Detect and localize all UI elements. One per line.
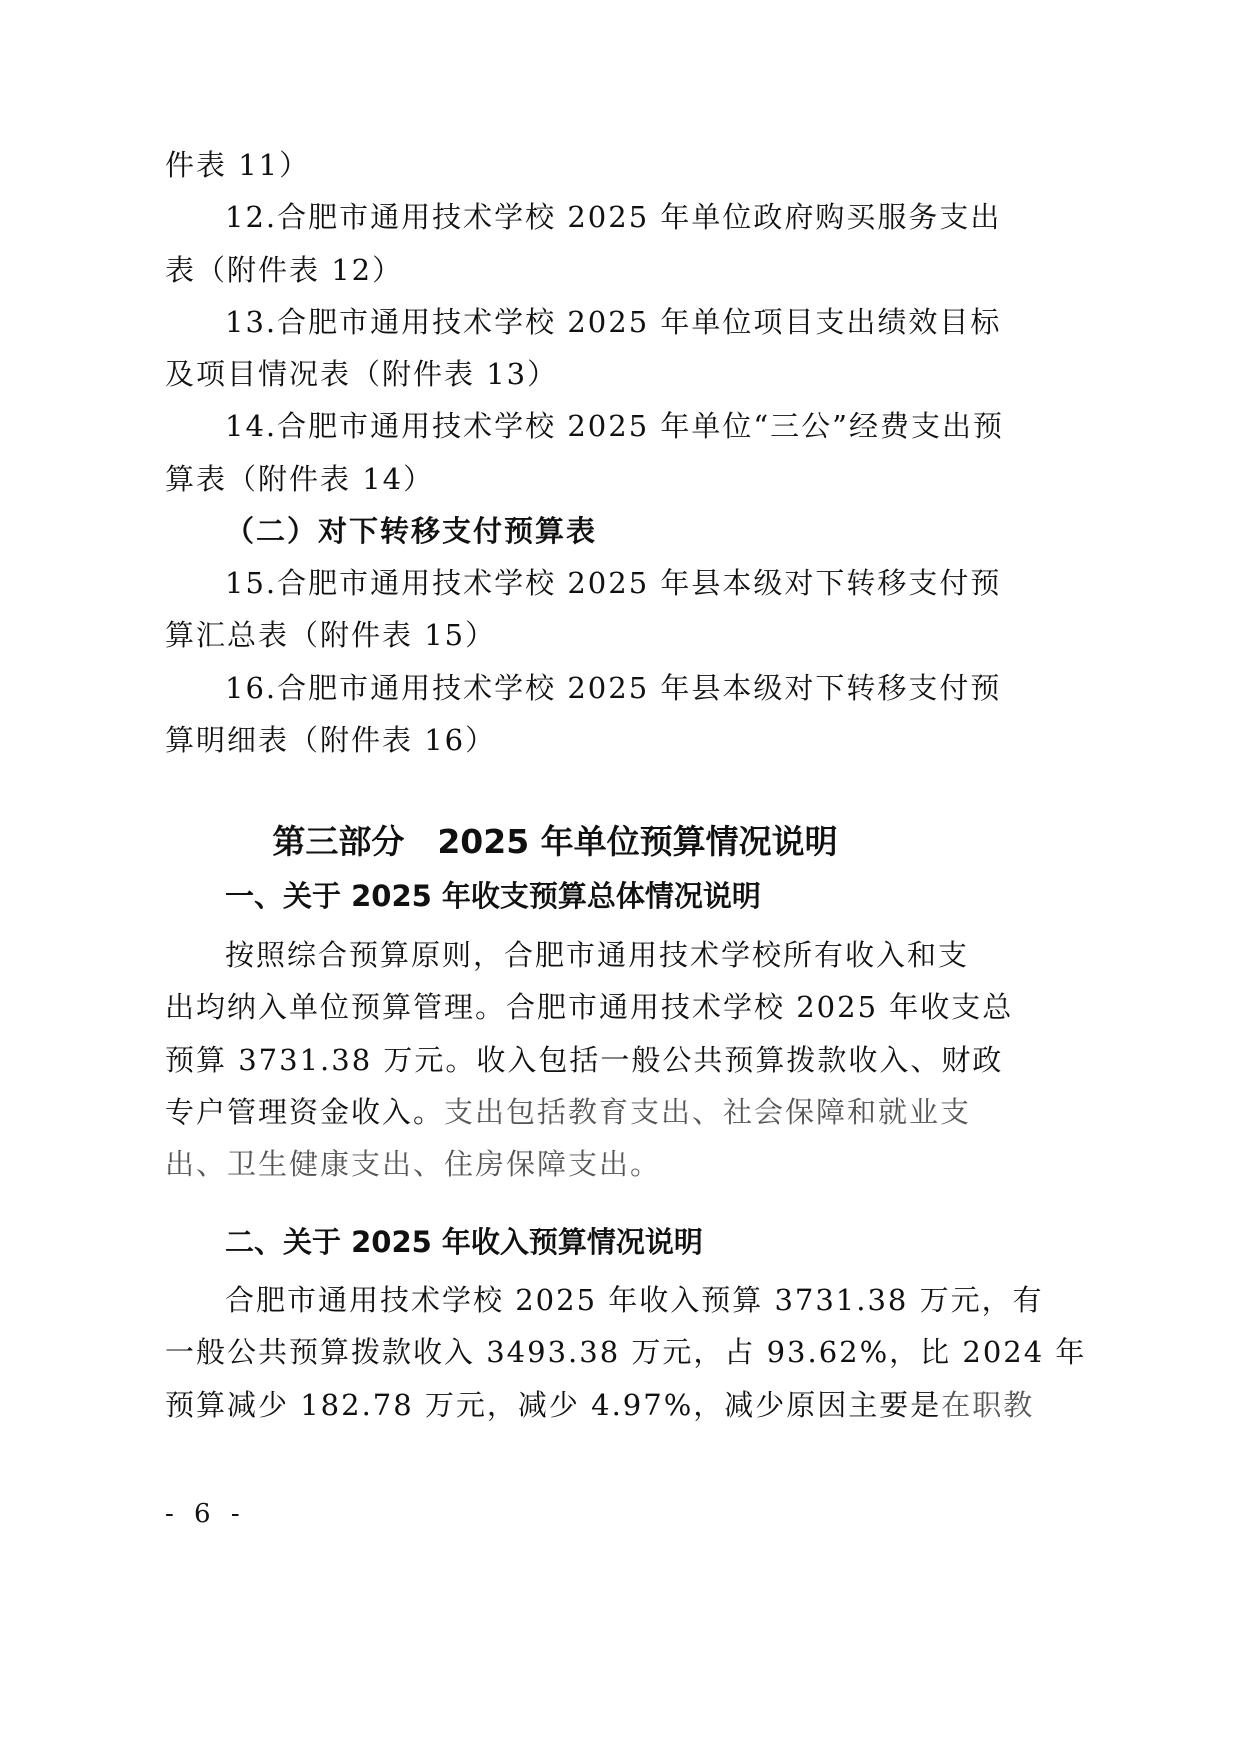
page-number: - 6 - (165, 1498, 246, 1530)
list-continuation-12: 表（附件表 12） (165, 250, 945, 290)
paragraph-line: 出均纳入单位预算管理。合肥市通用技术学校 2025 年收支总 (165, 987, 945, 1027)
paragraph-line: 预算减少 182.78 万元，减少 4.97%，减少原因主要是在职教 (165, 1385, 945, 1425)
list-continuation-14: 算表（附件表 14） (165, 459, 945, 499)
paragraph-line: 按照综合预算原则，合肥市通用技术学校所有收入和支 (225, 935, 945, 975)
list-continuation-15: 算汇总表（附件表 15） (165, 615, 945, 655)
list-item-14: 14.合肥市通用技术学校 2025 年单位“三公”经费支出预 (225, 406, 945, 446)
paragraph-line: 合肥市通用技术学校 2025 年收入预算 3731.38 万元，有 (225, 1280, 945, 1320)
list-continuation-11: 件表 11） (165, 145, 945, 185)
list-item-12: 12.合肥市通用技术学校 2025 年单位政府购买服务支出 (225, 197, 945, 237)
paragraph-line: 预算 3731.38 万元。收入包括一般公共预算拨款收入、财政 (165, 1040, 945, 1080)
list-continuation-16: 算明细表（附件表 16） (165, 720, 945, 760)
paragraph-line: 专户管理资金收入。支出包括教育支出、社会保障和就业支 (165, 1092, 945, 1132)
paragraph-line: 出、卫生健康支出、住房保障支出。 (165, 1144, 945, 1184)
document-page: 件表 11） 12.合肥市通用技术学校 2025 年单位政府购买服务支出 表（附… (0, 0, 1239, 1754)
text-segment: 专户管理资金收入。 (165, 1095, 444, 1129)
text-segment: 预算减少 182.78 万元，减少 4.97%，减少原因主要是 (165, 1388, 941, 1422)
part-heading: 第三部分 2025 年单位预算情况说明 (165, 820, 945, 864)
section-1-heading: 一、关于 2025 年收支预算总体情况说明 (225, 876, 761, 916)
text-segment-gray: 在职教 (941, 1388, 1034, 1422)
list-item-13: 13.合肥市通用技术学校 2025 年单位项目支出绩效目标 (225, 302, 945, 342)
text-segment-gray: 支出包括教育支出、社会保障和就业支 (444, 1095, 971, 1129)
section-2-heading: 二、关于 2025 年收入预算情况说明 (225, 1222, 703, 1262)
paragraph-line: 一般公共预算拨款收入 3493.38 万元，占 93.62%，比 2024 年 (165, 1332, 945, 1372)
list-item-16: 16.合肥市通用技术学校 2025 年县本级对下转移支付预 (225, 668, 945, 708)
subsection-heading-transfer-payment: （二）对下转移支付预算表 (225, 511, 945, 551)
list-item-15: 15.合肥市通用技术学校 2025 年县本级对下转移支付预 (225, 563, 945, 603)
list-continuation-13: 及项目情况表（附件表 13） (165, 354, 945, 394)
